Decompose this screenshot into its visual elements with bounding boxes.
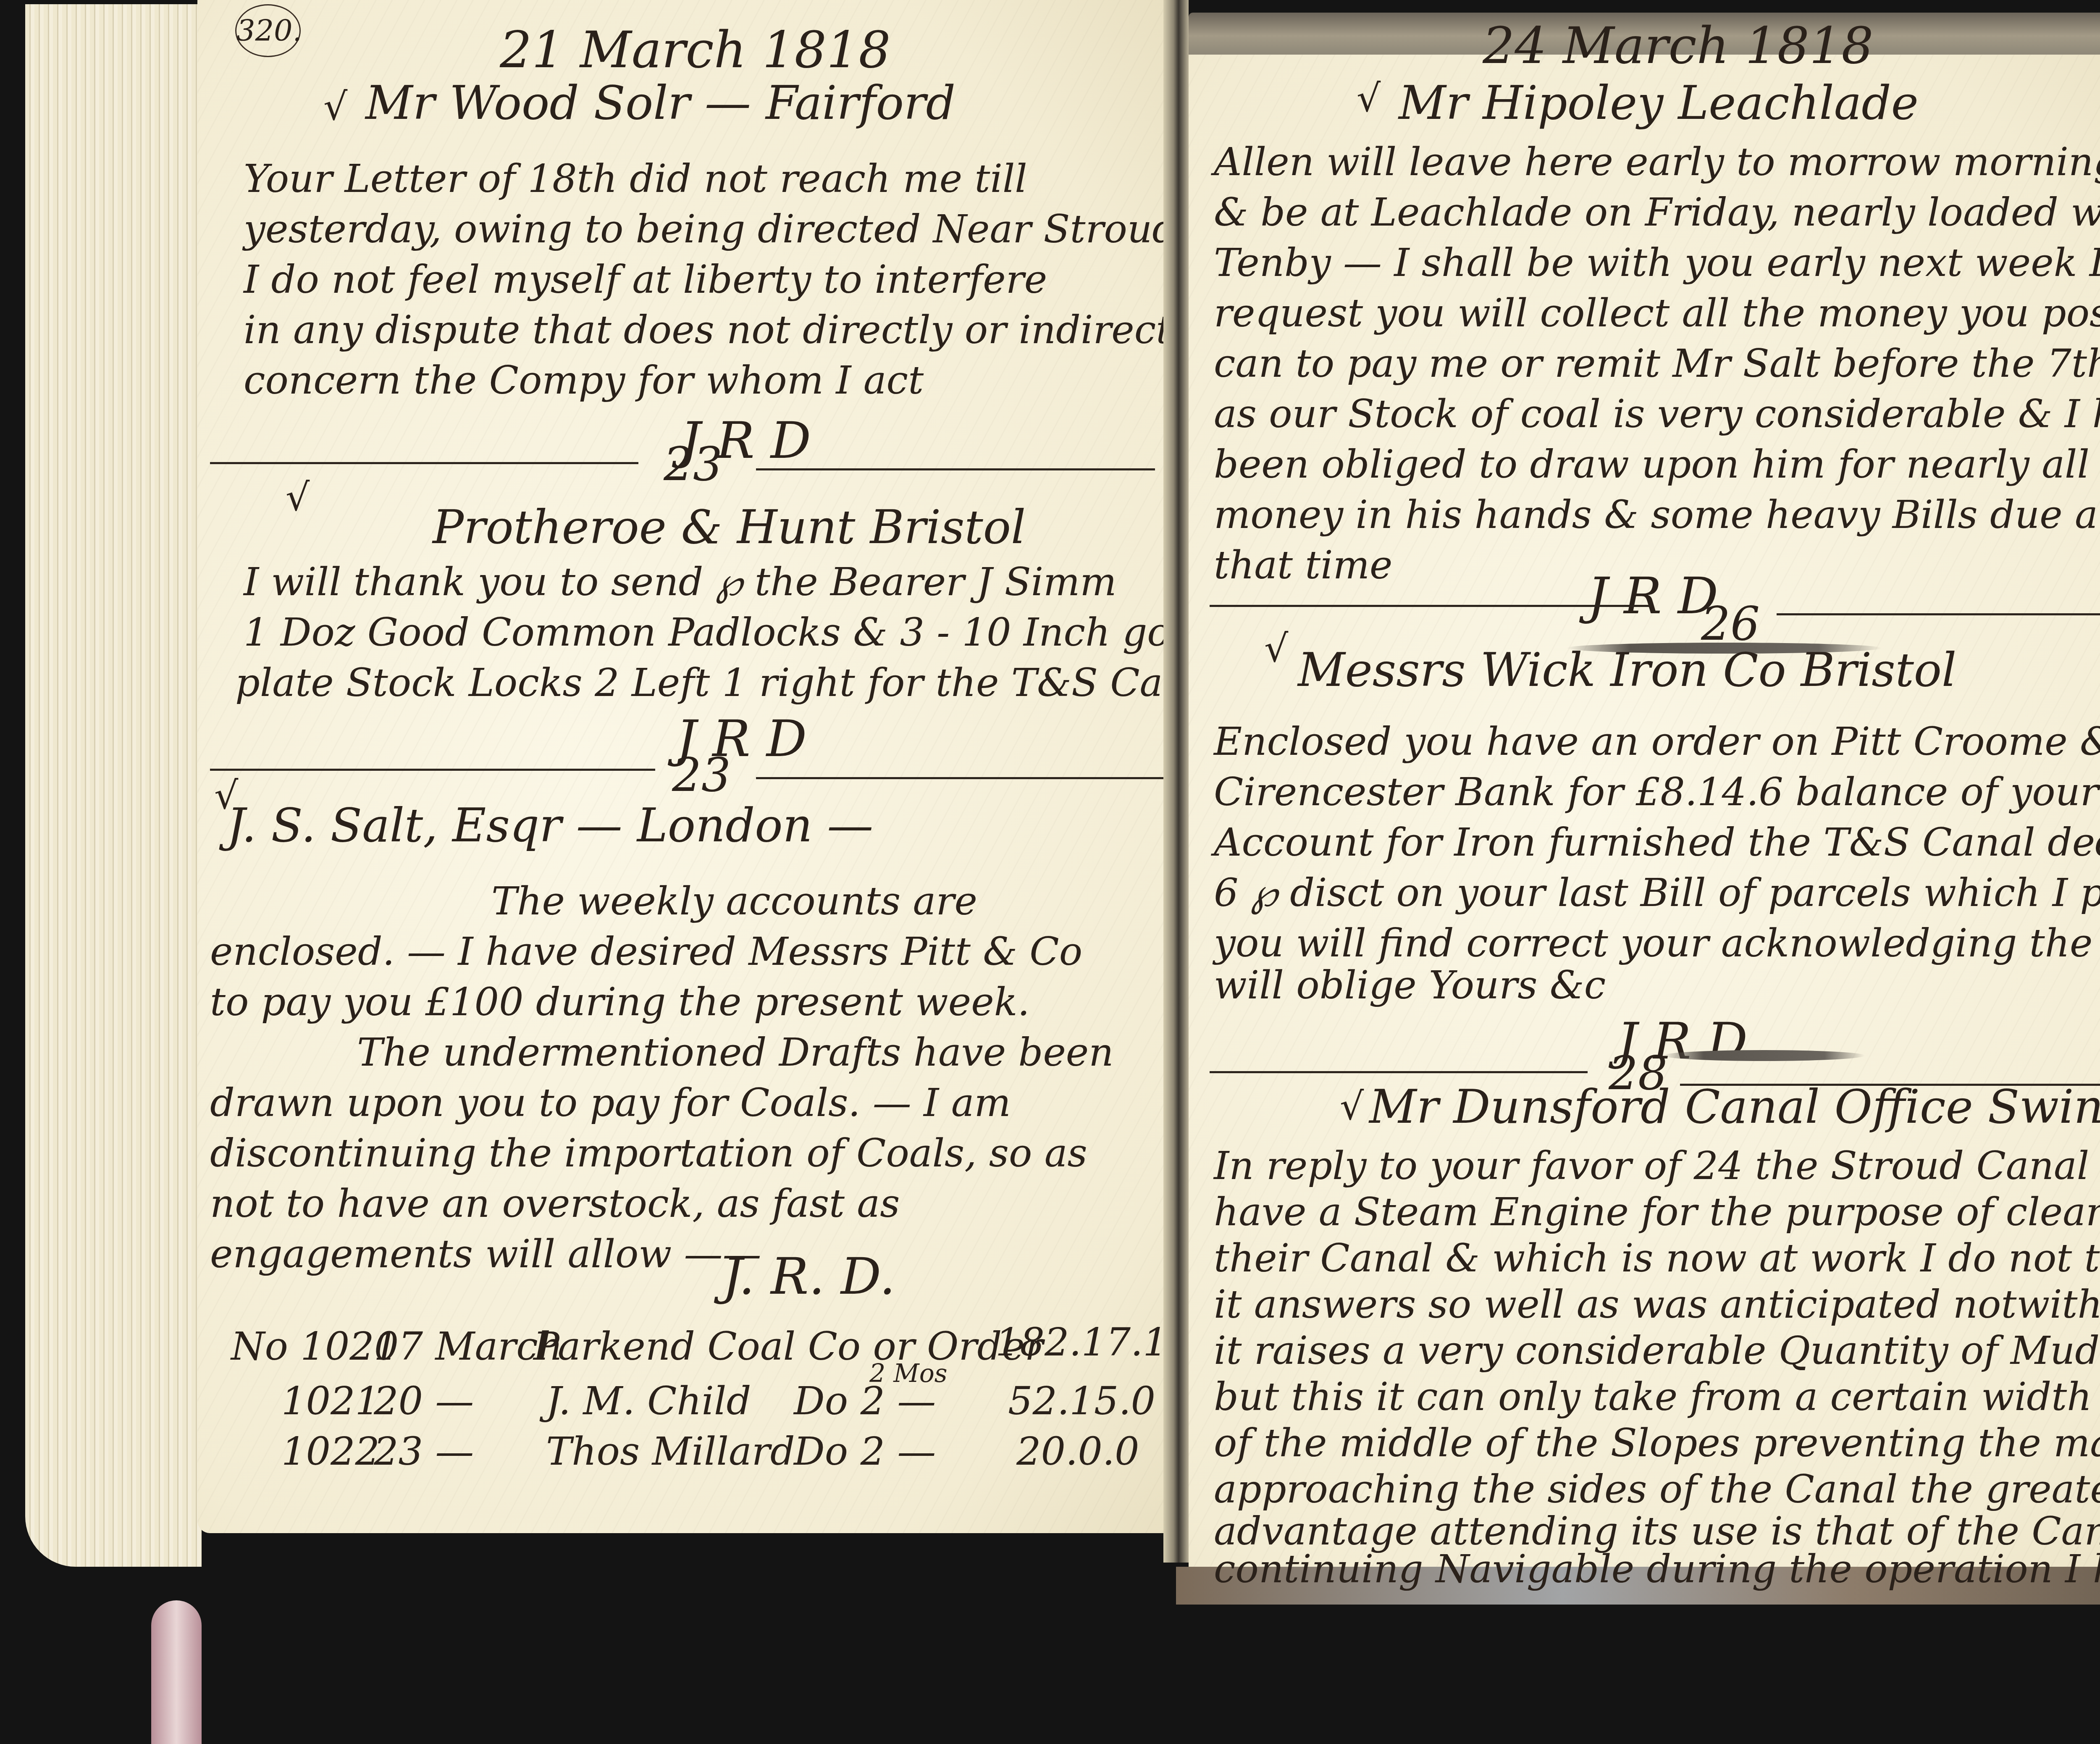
draft-payee: Thos Millard (546, 1432, 795, 1471)
draft-amount: 20.0.0 (1016, 1432, 1139, 1471)
letter-line: engagements will allow —— (210, 1235, 761, 1274)
draft-date: 23 — (374, 1432, 474, 1471)
date-heading: 21 March 1818 (500, 25, 891, 76)
draft-number: 1021 (281, 1382, 380, 1421)
holding-thumb (151, 1600, 202, 1744)
check-tick-icon: √ (1264, 630, 1288, 668)
signature: J. R. D. (722, 1252, 895, 1302)
letter-line: it raises a very considerable Quantity o… (1214, 1332, 2100, 1370)
letter-line: In reply to your favor of 24 the Stroud … (1214, 1147, 2100, 1185)
letter-addressee: Mr Hipoley Leachlade (1399, 80, 1919, 126)
page-edges-stack (25, 4, 202, 1567)
letter-addressee: Messrs Wick Iron Co Bristol (1298, 647, 1956, 693)
letter-line: Cirencester Bank for £8.14.6 balance of … (1214, 773, 2099, 812)
letter-line: discontinuing the importation of Coals, … (210, 1134, 1087, 1173)
draft-date: 20 — (374, 1382, 474, 1421)
letter-addressee: Protheroe & Hunt Bristol (433, 504, 1026, 550)
letter-line: it answers so well as was anticipated no… (1214, 1285, 2100, 1324)
letter-line: not to have an overstock, as fast as (210, 1185, 900, 1223)
letter-line: 1 Doz Good Common Padlocks & 3 - 10 Inch… (244, 613, 1218, 652)
letter-line: to pay you £100 during the present week. (210, 983, 1030, 1022)
letter-line: enclosed. — I have desired Messrs Pitt &… (210, 932, 1082, 971)
letter-line: in any dispute that does not directly or… (244, 311, 1206, 349)
entry-date: 26 (1701, 601, 1760, 647)
letter-line: can to pay me or remit Mr Salt before th… (1214, 344, 2100, 383)
letter-line: of the middle of the Slopes preventing t… (1214, 1424, 2100, 1463)
letter-line: approaching the sides of the Canal the g… (1214, 1470, 2100, 1509)
separator-rule (756, 468, 1155, 470)
draft-term: Do 2 — (794, 1432, 936, 1471)
letter-line: I do not feel myself at liberty to inter… (244, 260, 1047, 299)
separator-rule (210, 769, 655, 771)
letter-line: will oblige Yours &c (1214, 966, 1606, 1005)
book-gutter (1163, 0, 1189, 1563)
letter-line: Your Letter of 18th did not reach me til… (244, 160, 1027, 198)
letter-line: as our Stock of coal is very considerabl… (1214, 395, 2100, 433)
separator-rule (1210, 605, 1651, 607)
entry-date: 23 (664, 441, 722, 487)
draft-payee: Parkend Coal Co or Order (533, 1327, 1043, 1366)
open-letter-book: 320. 21 March 1818 √ Mr Wood Solr — Fair… (0, 0, 2100, 1744)
letter-line: continuing Navigable during the operatio… (1214, 1550, 2100, 1589)
letter-line: The weekly accounts are (491, 882, 977, 921)
letter-line: Account for Iron furnished the T&S Canal… (1214, 823, 2100, 862)
letter-line: have a Steam Engine for the purpose of c… (1214, 1193, 2100, 1232)
letter-line: plate Stock Locks 2 Left 1 right for the… (235, 664, 1288, 702)
draft-term: Do 2 — (794, 1382, 936, 1421)
letter-line: that time (1214, 546, 1392, 585)
letter-line: yesterday, owing to being directed Near … (244, 210, 1177, 249)
letter-line: request you will collect all the money y… (1214, 294, 2100, 333)
letter-line: concern the Compy for whom I act (244, 361, 924, 400)
letter-line: been obliged to draw upon him for nearly… (1214, 445, 2100, 484)
separator-rule (210, 462, 638, 464)
letter-line: Allen will leave here early to morrow mo… (1214, 143, 2100, 181)
letter-addressee: Mr Wood Solr — Fairford (365, 80, 955, 126)
signature: J R D (1588, 571, 1718, 622)
letter-line: you will find correct your acknowledging… (1214, 924, 2100, 963)
check-tick-icon: √ (1340, 1088, 1364, 1126)
letter-line: Tenby — I shall be with you early next w… (1214, 244, 2100, 282)
date-heading: 24 March 1818 (1483, 21, 1874, 71)
separator-rule (1777, 613, 2100, 615)
draft-amount: 52.15.0 (1008, 1382, 1155, 1421)
letter-line: drawn upon you to pay for Coals. — I am (210, 1084, 1011, 1122)
letter-line: The undermentioned Drafts have been (357, 1033, 1114, 1072)
draft-payee: J. M. Child (546, 1382, 751, 1421)
ink-flourish (1663, 1050, 1865, 1061)
separator-rule (756, 777, 1168, 779)
folio-number: 320. (235, 4, 301, 57)
check-tick-icon: √ (286, 479, 310, 517)
letter-line: Enclosed you have an order on Pitt Croom… (1214, 722, 2100, 761)
letter-line: but this it can only take from a certain… (1214, 1378, 2092, 1416)
letter-line: advantage attending its use is that of t… (1214, 1512, 2100, 1551)
check-tick-icon: √ (323, 88, 347, 126)
letter-addressee: Mr Dunsford Canal Office Swindon (1369, 1084, 2100, 1130)
letter-line: I will thank you to send ℘ the Bearer J … (244, 563, 1117, 601)
letter-line: money in his hands & some heavy Bills du… (1214, 496, 2100, 534)
left-page: 320. 21 March 1818 √ Mr Wood Solr — Fair… (197, 0, 1163, 1533)
letter-line: 6 ℘ disct on your last Bill of parcels w… (1214, 874, 2100, 912)
letter-line: & be at Leachlade on Friday, nearly load… (1214, 193, 2100, 232)
separator-rule (1210, 1071, 1588, 1073)
check-tick-icon: √ (1357, 80, 1381, 118)
letter-line: their Canal & which is now at work I do … (1214, 1239, 2100, 1278)
entry-date: 23 (672, 752, 731, 798)
draft-amount: 182.17.11 (995, 1323, 1192, 1362)
right-page: 321. 24 March 1818 √ Mr Hipoley Leachlad… (1189, 55, 2100, 1567)
letter-addressee: J. S. Salt, Esqr — London — (227, 802, 873, 848)
draft-number: 1022 (281, 1432, 380, 1471)
